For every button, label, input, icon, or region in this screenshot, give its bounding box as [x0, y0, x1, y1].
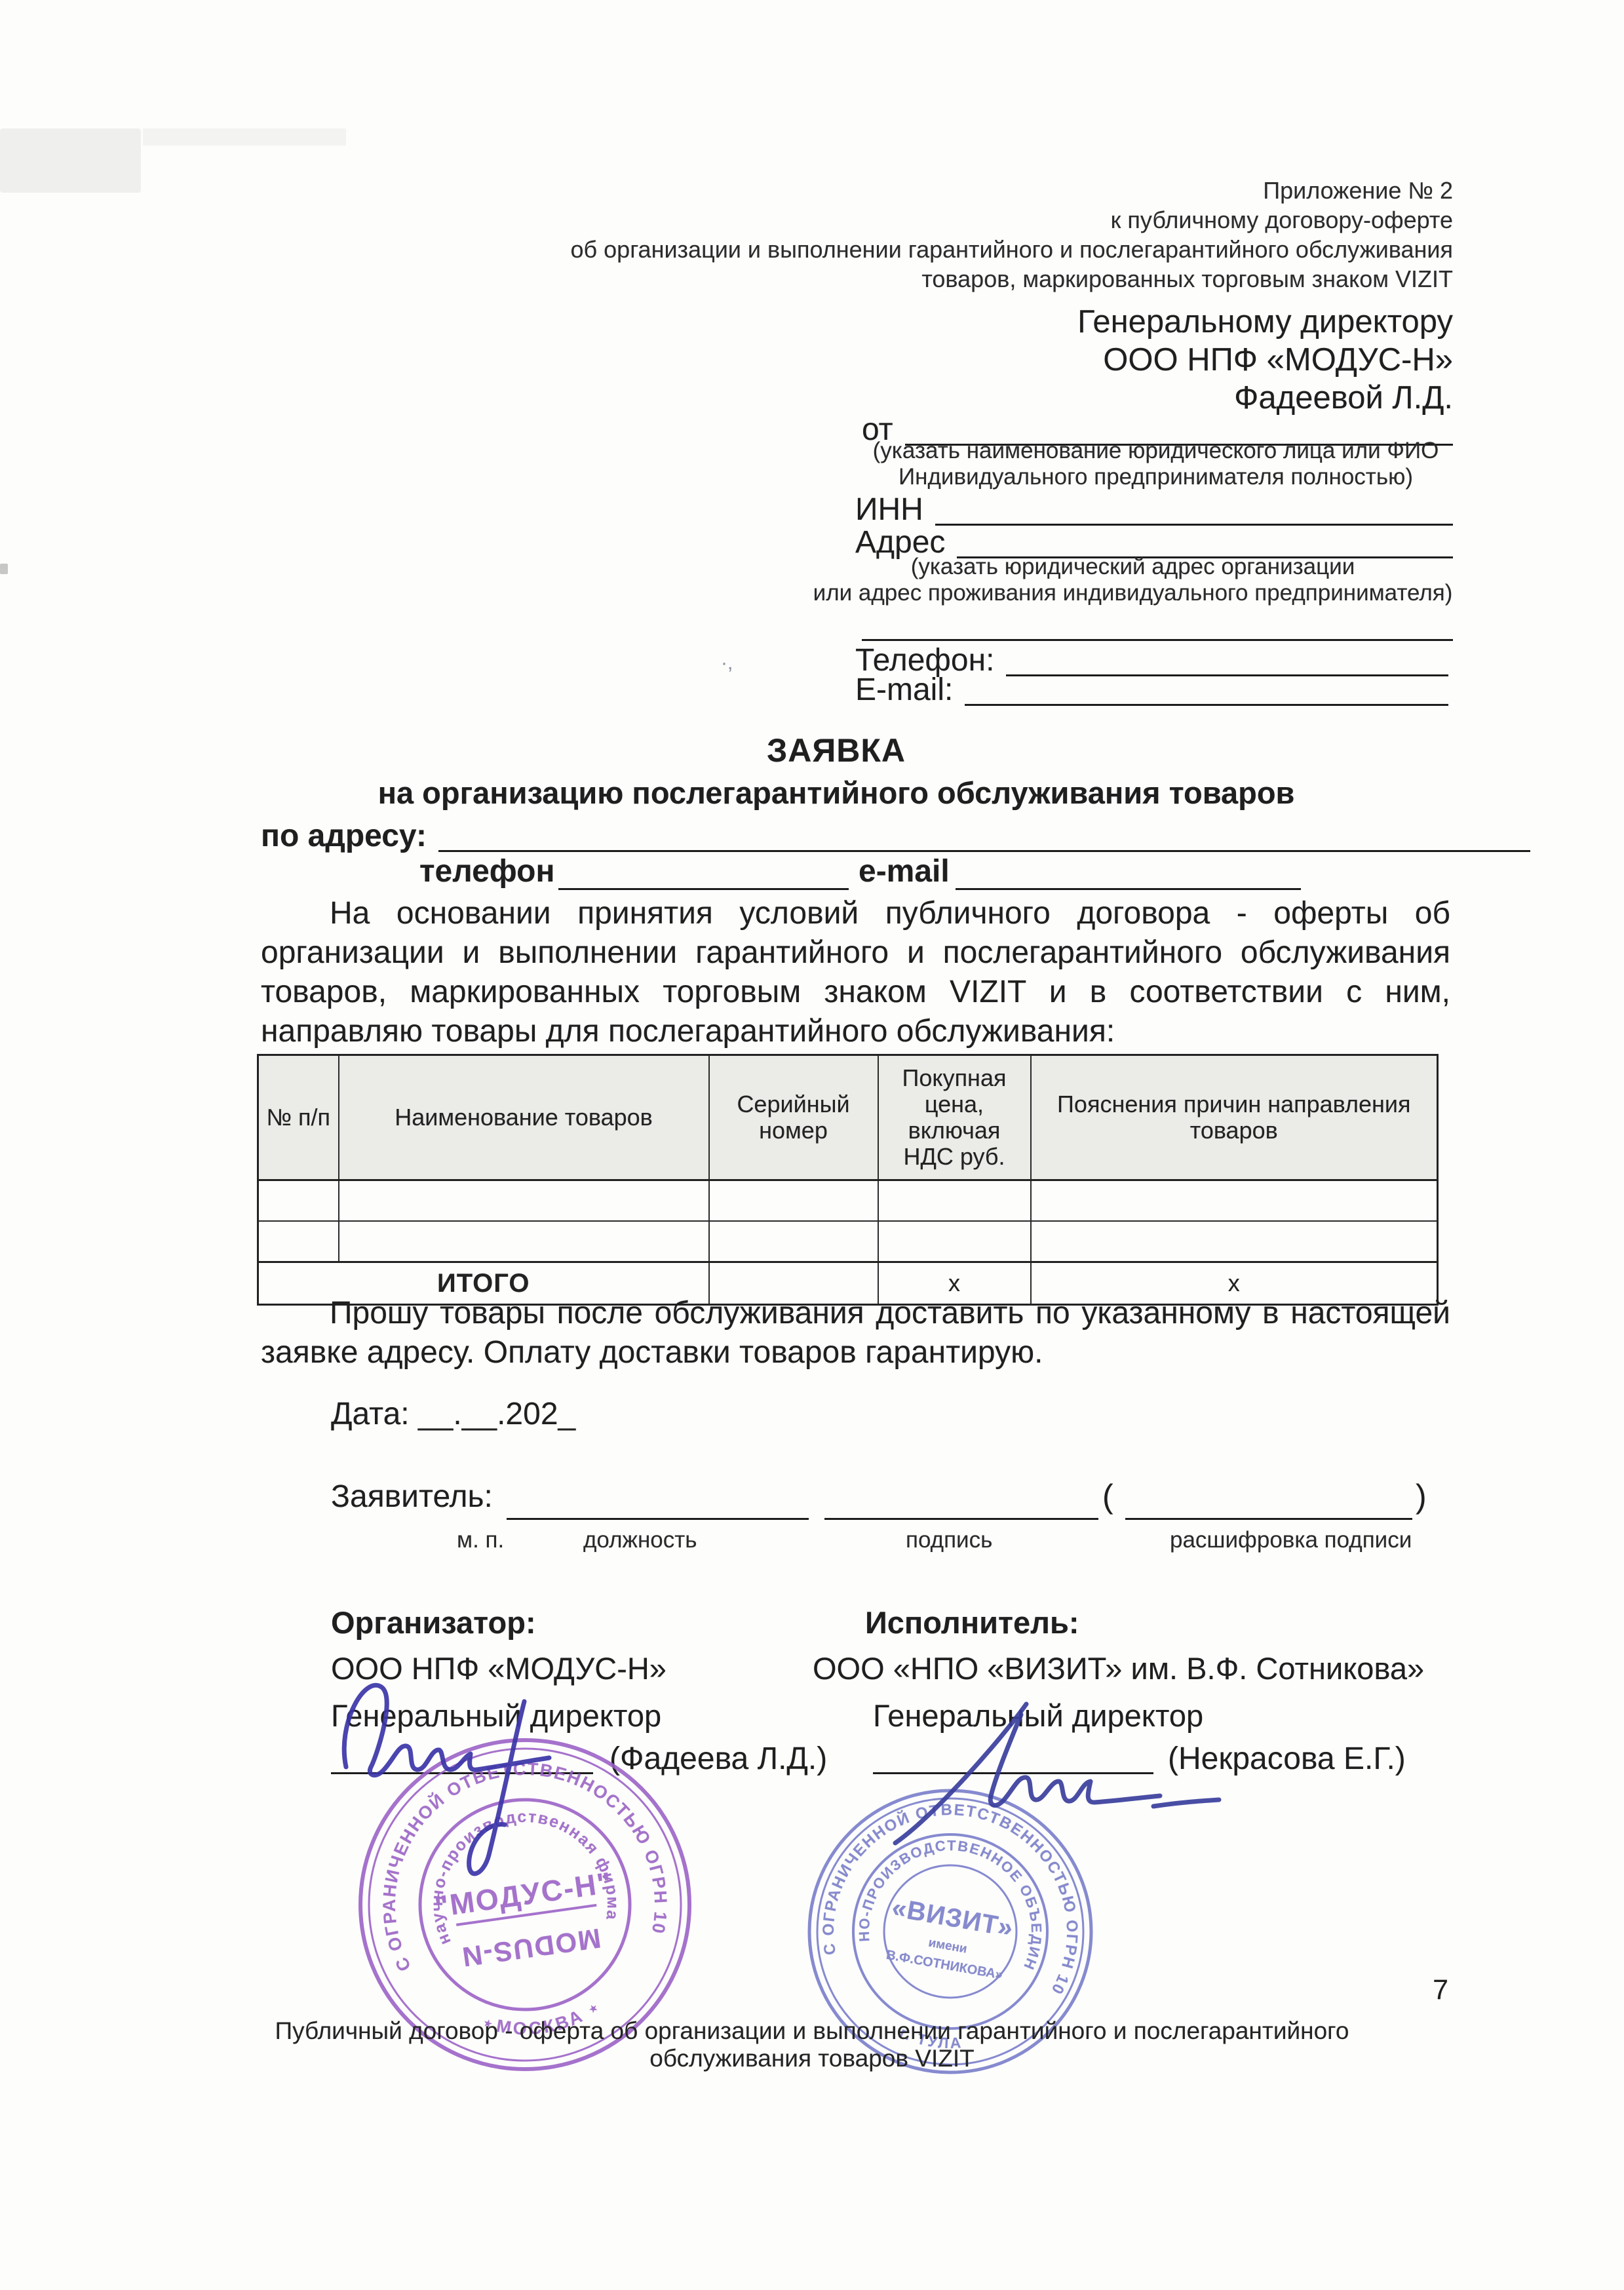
recipient-role: Генеральному директору	[1077, 303, 1453, 341]
address-hint-line: или адрес проживания индивидуального пре…	[813, 580, 1453, 606]
address-field-row: Адрес	[855, 520, 1453, 558]
appendix-note-line: об организации и выполнении гарантийного…	[571, 235, 1453, 264]
applicant-position-line	[507, 1518, 809, 1520]
recipient-company: ООО НПФ «МОДУС-Н»	[1077, 341, 1453, 379]
intro-paragraph: На основании принятия условий публичного…	[261, 894, 1450, 1051]
vizit-stamp-center-imeni: имени	[927, 1936, 968, 1956]
col-header-serial: Серийный номер	[709, 1055, 878, 1180]
address-hint: (указать юридический адрес организации и…	[813, 554, 1453, 606]
email-label: E-mail:	[855, 674, 965, 706]
document-title: ЗАЯВКА на организацию послегарантийного …	[242, 731, 1430, 811]
cell	[258, 1221, 339, 1262]
scan-tick-artifact	[0, 564, 8, 574]
cell	[709, 1180, 878, 1222]
position-caption: должность	[583, 1527, 697, 1553]
service-email-label: e-mail	[859, 853, 950, 889]
executor-handwritten-signature	[872, 1678, 1245, 1888]
cell	[339, 1180, 709, 1222]
address-hint-line: (указать юридический адрес организации	[813, 554, 1453, 580]
service-address-fill-line	[438, 813, 1530, 852]
recipient-block: Генеральному директору ООО НПФ «МОДУС-Н»…	[1077, 303, 1453, 417]
goods-table-empty-row	[258, 1221, 1438, 1262]
cell	[1031, 1180, 1438, 1222]
delivery-paragraph: Прошу товары после обслуживания доставит…	[261, 1294, 1450, 1372]
scanned-application-form-page: ·, · Приложение № 2 к публичному договор…	[0, 0, 1624, 2290]
applicant-signature-line	[824, 1518, 1098, 1520]
col-header-price: Покупная цена, включая НДС руб.	[878, 1055, 1031, 1180]
service-phone-fill-line	[558, 888, 849, 890]
email-field-row: E-mail:	[855, 668, 1448, 706]
paren-close: )	[1416, 1477, 1427, 1515]
title-line-1: ЗАЯВКА	[242, 731, 1430, 769]
from-hint-line: (указать наименование юридического лица …	[859, 438, 1453, 464]
scan-smudge-artifact	[143, 128, 346, 146]
modus-stamp-center-latin: MODUS-N	[459, 1923, 603, 1973]
cell	[1031, 1221, 1438, 1262]
cell	[339, 1221, 709, 1262]
cell	[258, 1180, 339, 1222]
applicant-transcript-line	[1125, 1518, 1412, 1520]
email-fill-line	[965, 666, 1448, 706]
appendix-note-line: Приложение № 2	[571, 176, 1453, 205]
goods-table-empty-row	[258, 1180, 1438, 1222]
scan-speck-artifact: ·,	[721, 652, 733, 674]
scan-smudge-artifact	[0, 128, 141, 193]
goods-table-header-row: № п/п Наименование товаров Серийный номе…	[258, 1055, 1438, 1180]
seal-note: м. п.	[457, 1527, 504, 1553]
applicant-label: Заявитель:	[331, 1479, 493, 1515]
service-address-row: по адресу:	[261, 815, 1530, 852]
service-email-fill-line	[956, 888, 1301, 890]
goods-table: № п/п Наименование товаров Серийный номе…	[257, 1054, 1439, 1306]
appendix-note: Приложение № 2 к публичному договору-офе…	[571, 176, 1453, 294]
cell	[709, 1221, 878, 1262]
date-value: __.__.202_	[418, 1397, 575, 1431]
col-header-name: Наименование товаров	[339, 1055, 709, 1180]
vizit-stamp-center-name: «ВИЗИТ»	[890, 1893, 1016, 1943]
service-address-label: по адресу:	[261, 821, 438, 852]
address-fill-line	[957, 518, 1453, 558]
cell	[878, 1180, 1031, 1222]
appendix-note-line: товаров, маркированных торговым знаком V…	[571, 264, 1453, 294]
col-header-number: № п/п	[258, 1055, 339, 1180]
cell	[878, 1221, 1031, 1262]
col-header-reason: Пояснения причин направления товаров	[1031, 1055, 1438, 1180]
page-number: 7	[1402, 1974, 1448, 2006]
title-line-2: на организацию послегарантийного обслужи…	[242, 775, 1430, 811]
from-hint: (указать наименование юридического лица …	[859, 438, 1453, 490]
paren-open: (	[1102, 1477, 1113, 1515]
executor-title: Исполнитель:	[865, 1604, 1079, 1640]
date-label: Дата:	[331, 1397, 410, 1431]
appendix-note-line: к публичному договору-оферте	[571, 205, 1453, 235]
transcript-caption: расшифровка подписи	[1170, 1527, 1412, 1553]
service-phone-label: телефон	[419, 853, 554, 889]
date-line: Дата: __.__.202_	[331, 1396, 575, 1432]
signature-caption: подпись	[906, 1527, 992, 1553]
footer-text: Публичный договор - оферта об организаци…	[218, 2017, 1406, 2072]
organizer-title: Организатор:	[331, 1604, 536, 1640]
organizer-handwritten-signature	[308, 1639, 649, 1920]
